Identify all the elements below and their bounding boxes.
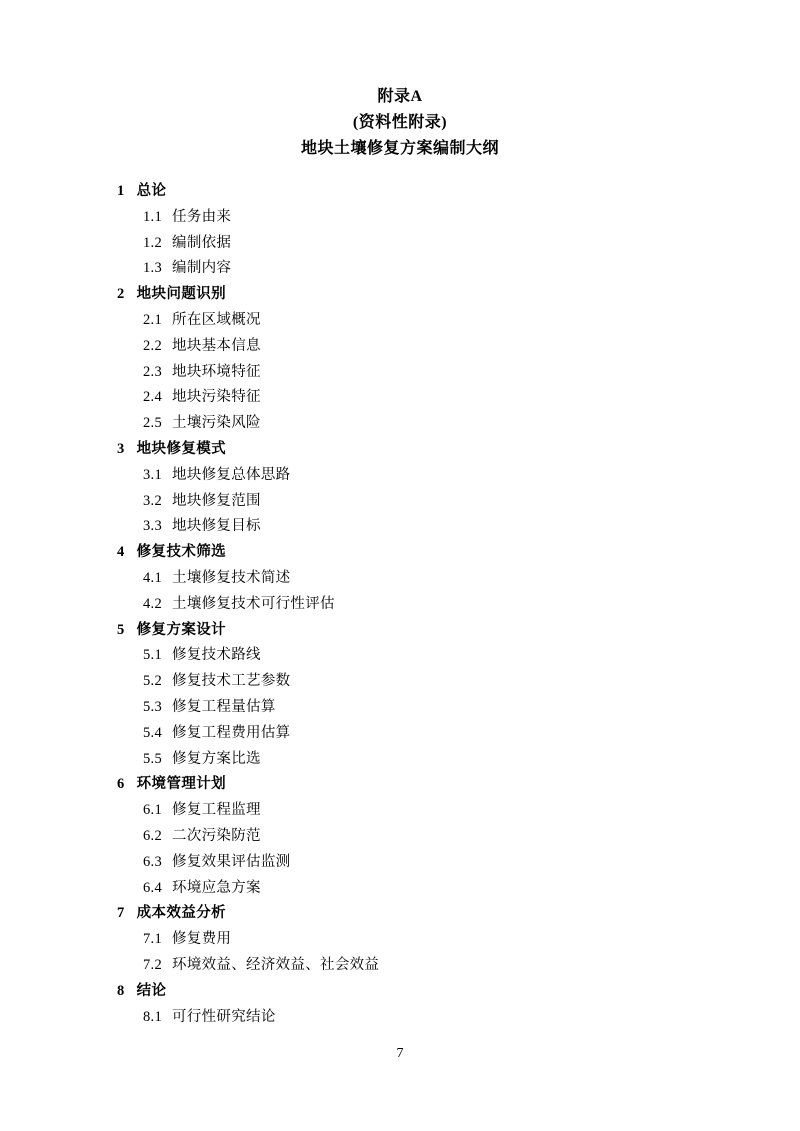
subsection-title: 地块环境特征 xyxy=(172,364,261,380)
subsection-number: 5.3 xyxy=(143,695,162,721)
section-heading: 3地块修复模式 xyxy=(117,437,740,463)
subsection-number: 2.5 xyxy=(143,411,162,437)
subsection-number: 2.3 xyxy=(143,360,162,386)
subsection-title: 所在区域概况 xyxy=(172,312,261,328)
section-heading: 7成本效益分析 xyxy=(117,901,740,927)
subsection-number: 3.1 xyxy=(143,463,162,489)
subsection-line: 5.5修复方案比选 xyxy=(117,747,740,773)
subsection-number: 5.4 xyxy=(143,721,162,747)
subsection-number: 4.2 xyxy=(143,592,162,618)
subsection-line: 3.3地块修复目标 xyxy=(117,514,740,540)
section-number: 6 xyxy=(117,772,125,798)
section-number: 2 xyxy=(117,282,125,308)
section-title: 结论 xyxy=(137,983,167,999)
subsection-line: 1.2编制依据 xyxy=(117,231,740,257)
subsection-line: 5.3修复工程量估算 xyxy=(117,695,740,721)
subsection-line: 1.3编制内容 xyxy=(117,256,740,282)
subsection-number: 6.2 xyxy=(143,824,162,850)
subsection-title: 二次污染防范 xyxy=(172,828,261,844)
subsection-number: 7.2 xyxy=(143,953,162,979)
subsection-line: 2.4地块污染特征 xyxy=(117,385,740,411)
subsection-line: 4.2土壤修复技术可行性评估 xyxy=(117,592,740,618)
subsection-number: 8.1 xyxy=(143,1005,162,1031)
subsection-title: 修复工程监理 xyxy=(172,802,261,818)
subsection-title: 修复工程费用估算 xyxy=(172,725,290,741)
subsection-number: 5.5 xyxy=(143,747,162,773)
subsection-number: 2.4 xyxy=(143,385,162,411)
subsection-line: 3.1地块修复总体思路 xyxy=(117,463,740,489)
section-heading: 4修复技术筛选 xyxy=(117,540,740,566)
subsection-title: 任务由来 xyxy=(172,209,231,225)
subsection-title: 环境效益、经济效益、社会效益 xyxy=(172,957,379,973)
subsection-number: 2.1 xyxy=(143,308,162,334)
title-block: 附录A (资料性附录) 地块土壤修复方案编制大纲 xyxy=(0,84,800,162)
subsection-number: 1.3 xyxy=(143,256,162,282)
section-number: 8 xyxy=(117,979,125,1005)
subsection-line: 2.1所在区域概况 xyxy=(117,308,740,334)
appendix-type-label: (资料性附录) xyxy=(0,110,800,136)
appendix-main-title: 地块土壤修复方案编制大纲 xyxy=(0,136,800,162)
subsection-line: 3.2地块修复范围 xyxy=(117,489,740,515)
subsection-title: 修复技术路线 xyxy=(172,647,261,663)
subsection-number: 6.3 xyxy=(143,850,162,876)
subsection-number: 7.1 xyxy=(143,927,162,953)
section-title: 环境管理计划 xyxy=(137,776,226,792)
subsection-title: 地块污染特征 xyxy=(172,389,261,405)
subsection-title: 地块基本信息 xyxy=(172,338,261,354)
section-title: 修复方案设计 xyxy=(137,622,226,638)
subsection-line: 5.2修复技术工艺参数 xyxy=(117,669,740,695)
subsection-title: 编制内容 xyxy=(172,260,231,276)
subsection-number: 5.1 xyxy=(143,643,162,669)
appendix-label: 附录A xyxy=(0,84,800,110)
section-heading: 5修复方案设计 xyxy=(117,618,740,644)
section-number: 7 xyxy=(117,901,125,927)
subsection-title: 修复技术工艺参数 xyxy=(172,673,290,689)
subsection-title: 地块修复总体思路 xyxy=(172,467,290,483)
subsection-title: 修复工程量估算 xyxy=(172,699,276,715)
subsection-number: 3.2 xyxy=(143,489,162,515)
subsection-number: 1.1 xyxy=(143,205,162,231)
section-number: 1 xyxy=(117,179,125,205)
subsection-line: 5.1修复技术路线 xyxy=(117,643,740,669)
section-heading: 6环境管理计划 xyxy=(117,772,740,798)
section-number: 4 xyxy=(117,540,125,566)
section-number: 3 xyxy=(117,437,125,463)
subsection-number: 6.1 xyxy=(143,798,162,824)
subsection-number: 5.2 xyxy=(143,669,162,695)
subsection-line: 6.3修复效果评估监测 xyxy=(117,850,740,876)
subsection-title: 土壤污染风险 xyxy=(172,415,261,431)
subsection-title: 编制依据 xyxy=(172,235,231,251)
section-heading: 2地块问题识别 xyxy=(117,282,740,308)
section-title: 成本效益分析 xyxy=(137,905,226,921)
subsection-number: 1.2 xyxy=(143,231,162,257)
subsection-title: 修复费用 xyxy=(172,931,231,947)
section-number: 5 xyxy=(117,618,125,644)
outline: 1总论1.1任务由来1.2编制依据1.3编制内容2地块问题识别2.1所在区域概况… xyxy=(0,179,800,1030)
subsection-title: 地块修复范围 xyxy=(172,493,261,509)
subsection-number: 3.3 xyxy=(143,514,162,540)
subsection-title: 土壤修复技术简述 xyxy=(172,570,290,586)
subsection-title: 可行性研究结论 xyxy=(172,1009,276,1025)
subsection-line: 2.5土壤污染风险 xyxy=(117,411,740,437)
page-number: 7 xyxy=(0,1046,800,1062)
subsection-title: 修复方案比选 xyxy=(172,751,261,767)
subsection-number: 4.1 xyxy=(143,566,162,592)
subsection-line: 2.2地块基本信息 xyxy=(117,334,740,360)
subsection-line: 7.2环境效益、经济效益、社会效益 xyxy=(117,953,740,979)
subsection-line: 6.4环境应急方案 xyxy=(117,876,740,902)
section-title: 修复技术筛选 xyxy=(137,544,226,560)
subsection-line: 6.2二次污染防范 xyxy=(117,824,740,850)
subsection-line: 2.3地块环境特征 xyxy=(117,360,740,386)
subsection-title: 修复效果评估监测 xyxy=(172,854,290,870)
subsection-line: 7.1修复费用 xyxy=(117,927,740,953)
subsection-line: 8.1可行性研究结论 xyxy=(117,1005,740,1031)
section-heading: 1总论 xyxy=(117,179,740,205)
subsection-line: 4.1土壤修复技术简述 xyxy=(117,566,740,592)
section-title: 地块修复模式 xyxy=(137,441,226,457)
subsection-line: 1.1任务由来 xyxy=(117,205,740,231)
subsection-title: 环境应急方案 xyxy=(172,880,261,896)
document-page: 附录A (资料性附录) 地块土壤修复方案编制大纲 1总论1.1任务由来1.2编制… xyxy=(0,0,800,1131)
subsection-title: 土壤修复技术可行性评估 xyxy=(172,596,335,612)
subsection-title: 地块修复目标 xyxy=(172,518,261,534)
section-heading: 8结论 xyxy=(117,979,740,1005)
subsection-line: 5.4修复工程费用估算 xyxy=(117,721,740,747)
subsection-number: 2.2 xyxy=(143,334,162,360)
section-title: 地块问题识别 xyxy=(137,286,226,302)
subsection-line: 6.1修复工程监理 xyxy=(117,798,740,824)
section-title: 总论 xyxy=(137,183,167,199)
subsection-number: 6.4 xyxy=(143,876,162,902)
